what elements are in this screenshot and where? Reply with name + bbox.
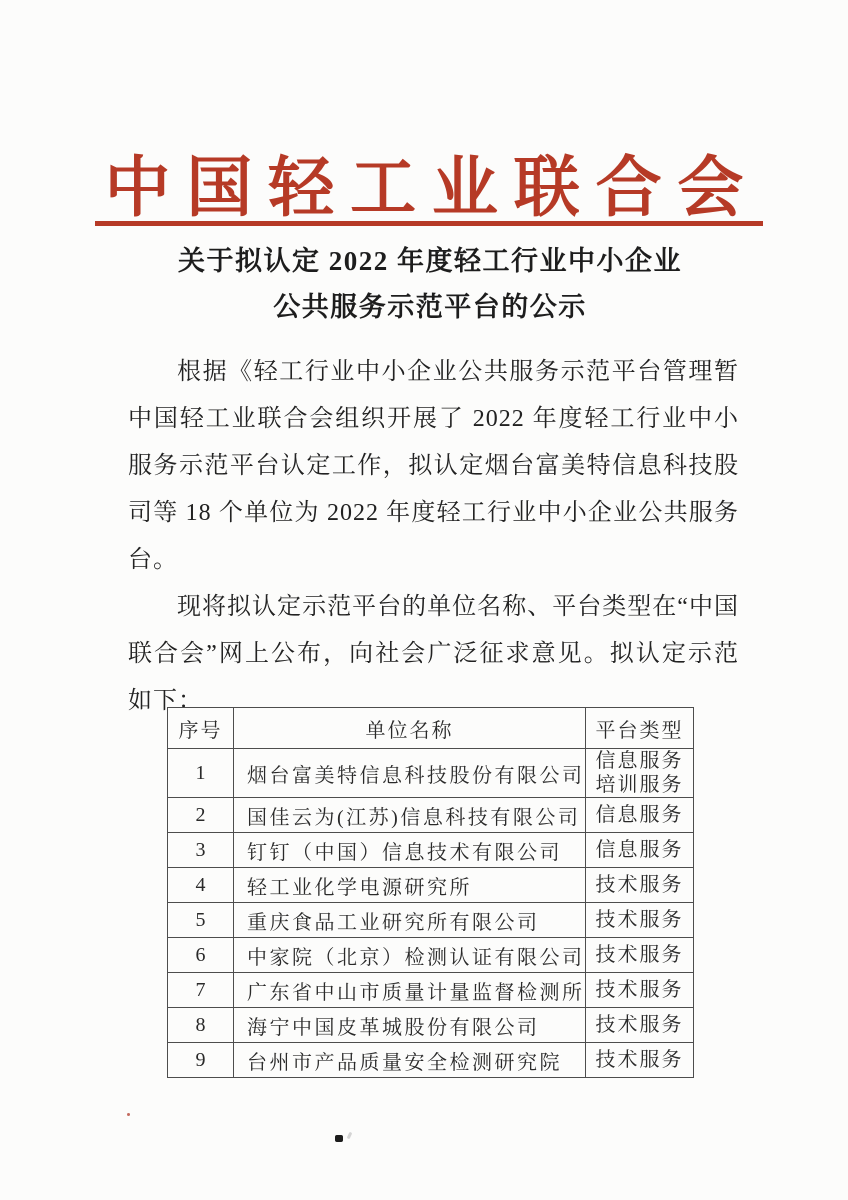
- scan-artifact-red-speck: [127, 1113, 130, 1116]
- document-title: 关于拟认定 2022 年度轻工行业中小企业 公共服务示范平台的公示: [6, 238, 848, 330]
- document-title-line-1: 关于拟认定 2022 年度轻工行业中小企业: [6, 238, 848, 284]
- cell-no: 9: [168, 1043, 234, 1078]
- platform-table: 序号 单位名称 平台类型 1 烟台富美特信息科技股份有限公司 信息服务 培训服务…: [167, 707, 694, 1078]
- paragraph-1-line: 服务示范平台认定工作，拟认定烟台富美特信息科技股份有限公: [128, 443, 739, 490]
- cell-no: 6: [168, 938, 234, 973]
- table-header-name: 单位名称: [234, 708, 586, 749]
- letterhead-title: 中国轻工业联合会: [0, 134, 848, 229]
- table-row: 8 海宁中国皮革城股份有限公司 技术服务: [168, 1008, 694, 1043]
- table-row: 3 钉钉（中国）信息技术有限公司 信息服务: [168, 833, 694, 868]
- scan-artifact-smudge: [347, 1132, 353, 1140]
- cell-type: 技术服务: [586, 973, 694, 1008]
- paragraph-1-line: 台。: [128, 537, 739, 584]
- cell-name: 轻工业化学电源研究所: [234, 868, 586, 903]
- cell-name: 中家院（北京）检测认证有限公司: [234, 938, 586, 973]
- cell-no: 1: [168, 749, 234, 798]
- table-row: 5 重庆食品工业研究所有限公司 技术服务: [168, 903, 694, 938]
- cell-no: 7: [168, 973, 234, 1008]
- cell-name: 广东省中山市质量计量监督检测所: [234, 973, 586, 1008]
- paragraph-1-line: 司等 18 个单位为 2022 年度轻工行业中小企业公共服务示范平: [128, 490, 739, 537]
- cell-type: 信息服务 培训服务: [586, 749, 694, 798]
- cell-name: 台州市产品质量安全检测研究院: [234, 1043, 586, 1078]
- table-header-row: 序号 单位名称 平台类型: [168, 708, 694, 749]
- cell-type: 技术服务: [586, 868, 694, 903]
- table-row: 1 烟台富美特信息科技股份有限公司 信息服务 培训服务: [168, 749, 694, 798]
- cell-name: 钉钉（中国）信息技术有限公司: [234, 833, 586, 868]
- cell-no: 3: [168, 833, 234, 868]
- cell-name: 重庆食品工业研究所有限公司: [234, 903, 586, 938]
- cell-type: 技术服务: [586, 903, 694, 938]
- letterhead-divider: [95, 221, 763, 226]
- cell-no: 2: [168, 798, 234, 833]
- cell-name: 海宁中国皮革城股份有限公司: [234, 1008, 586, 1043]
- scan-artifact-dot: [335, 1135, 343, 1142]
- cell-no: 5: [168, 903, 234, 938]
- cell-type: 技术服务: [586, 938, 694, 973]
- cell-name: 国佳云为(江苏)信息科技有限公司: [234, 798, 586, 833]
- table-row: 6 中家院（北京）检测认证有限公司 技术服务: [168, 938, 694, 973]
- table-row: 4 轻工业化学电源研究所 技术服务: [168, 868, 694, 903]
- document-page: 中国轻工业联合会 关于拟认定 2022 年度轻工行业中小企业 公共服务示范平台的…: [0, 0, 848, 1200]
- cell-type: 信息服务: [586, 833, 694, 868]
- document-body: 根据《轻工行业中小企业公共服务示范平台管理暂行办法》， 中国轻工业联合会组织开展…: [128, 349, 739, 725]
- table-row: 7 广东省中山市质量计量监督检测所 技术服务: [168, 973, 694, 1008]
- cell-type: 技术服务: [586, 1008, 694, 1043]
- paragraph-2-line: 现将拟认定示范平台的单位名称、平台类型在“中国轻工业: [128, 584, 739, 631]
- paragraph-1-line: 中国轻工业联合会组织开展了 2022 年度轻工行业中小企业公共: [128, 396, 739, 443]
- table-header-type: 平台类型: [586, 708, 694, 749]
- cell-type: 技术服务: [586, 1043, 694, 1078]
- cell-no: 4: [168, 868, 234, 903]
- cell-type: 信息服务: [586, 798, 694, 833]
- cell-name: 烟台富美特信息科技股份有限公司: [234, 749, 586, 798]
- table-row: 2 国佳云为(江苏)信息科技有限公司 信息服务: [168, 798, 694, 833]
- table-row: 9 台州市产品质量安全检测研究院 技术服务: [168, 1043, 694, 1078]
- paragraph-2-line: 联合会”网上公布，向社会广泛征求意见。拟认定示范平台信息: [128, 631, 739, 678]
- cell-no: 8: [168, 1008, 234, 1043]
- document-title-line-2: 公共服务示范平台的公示: [6, 284, 848, 330]
- table-header-no: 序号: [168, 708, 234, 749]
- paragraph-1-line: 根据《轻工行业中小企业公共服务示范平台管理暂行办法》，: [128, 349, 739, 396]
